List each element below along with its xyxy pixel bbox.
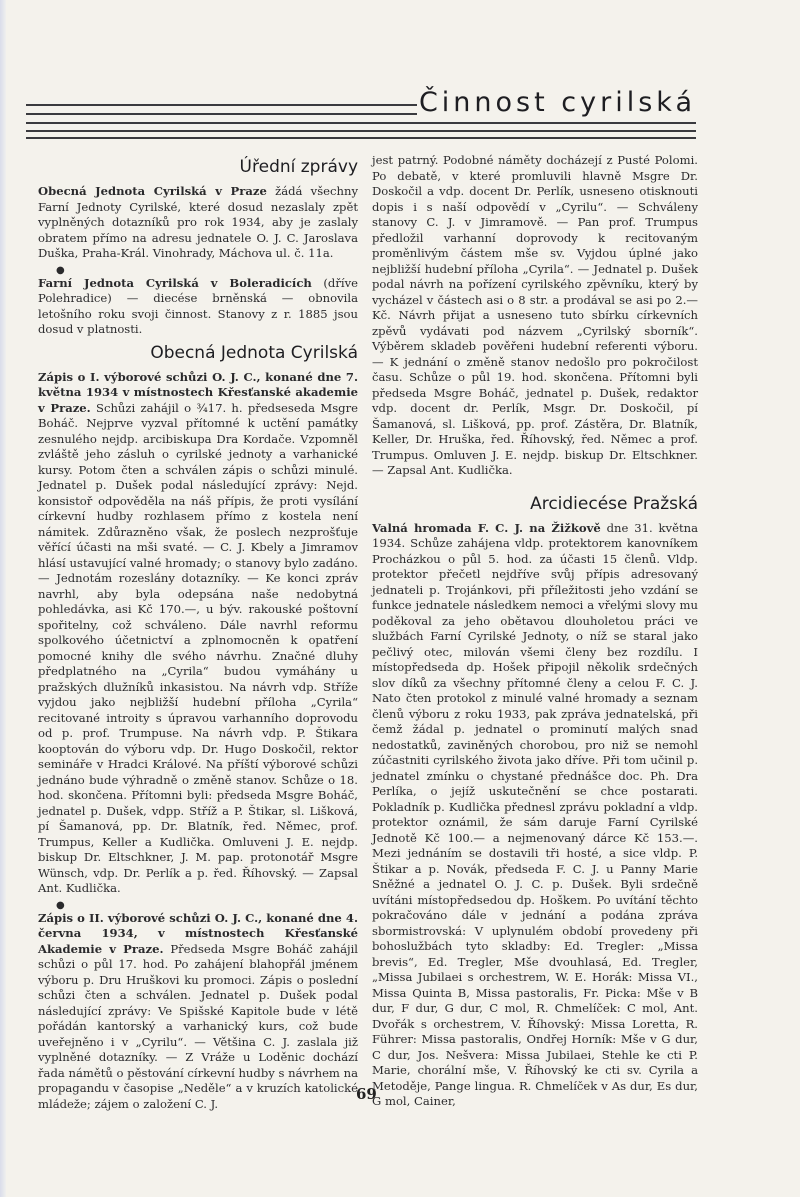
article-paragraph: Farní Jednota Cyrilská v Boleradicích (d… — [38, 276, 358, 338]
paragraph-lead: Farní Jednota Cyrilská v Boleradicích — [38, 276, 312, 290]
right-column: jest patrný. Podobné náměty docházejí z … — [372, 153, 698, 1112]
article-paragraph: Zápis o II. výborové schůzi O. J. C., ko… — [38, 911, 358, 1113]
article-continuation: jest patrný. Podobné náměty docházejí z … — [372, 153, 698, 479]
paragraph-lead: Valná hromada F. C. J. na Žižkově — [372, 521, 601, 535]
paragraph-text: Schůzi zahájil o ¾17. h. předseseda Msgr… — [38, 401, 358, 896]
header-rule — [26, 130, 696, 132]
article-paragraph: Valná hromada F. C. J. na Žižkově dne 31… — [372, 521, 698, 1110]
header-rule — [26, 113, 421, 115]
page-number: 69 — [356, 1085, 377, 1103]
running-header: Činnost cyrilská — [26, 86, 696, 146]
paragraph-text: Předseda Msgre Boháč zahájil schůzi o pů… — [38, 942, 358, 1111]
bullet-separator: ● — [56, 901, 358, 911]
paragraph-text: dne 31. května 1934. Schůze zahájena vld… — [372, 521, 698, 1109]
article-paragraph: Obecná Jednota Cyrilská v Praze žádá vše… — [38, 184, 358, 262]
left-column: Úřední zprávy Obecná Jednota Cyrilská v … — [38, 152, 358, 1114]
header-rule — [26, 104, 421, 106]
bullet-separator: ● — [56, 266, 358, 276]
section-heading-uredni-zpravy: Úřední zprávy — [38, 156, 358, 178]
running-title: Činnost cyrilská — [417, 86, 696, 120]
section-heading-obecna-jednota: Obecná Jednota Cyrilská — [38, 342, 358, 364]
section-heading-arcidiecese-prazska: Arcidiecése Pražská — [372, 493, 698, 515]
page-edge — [0, 0, 6, 1197]
paragraph-lead: Obecná Jednota Cyrilská v Praze — [38, 184, 267, 198]
article-paragraph: Zápis o I. výborové schůzi O. J. C., kon… — [38, 370, 358, 897]
header-rule — [26, 122, 696, 124]
header-rule — [26, 137, 696, 139]
spacer — [372, 481, 698, 489]
